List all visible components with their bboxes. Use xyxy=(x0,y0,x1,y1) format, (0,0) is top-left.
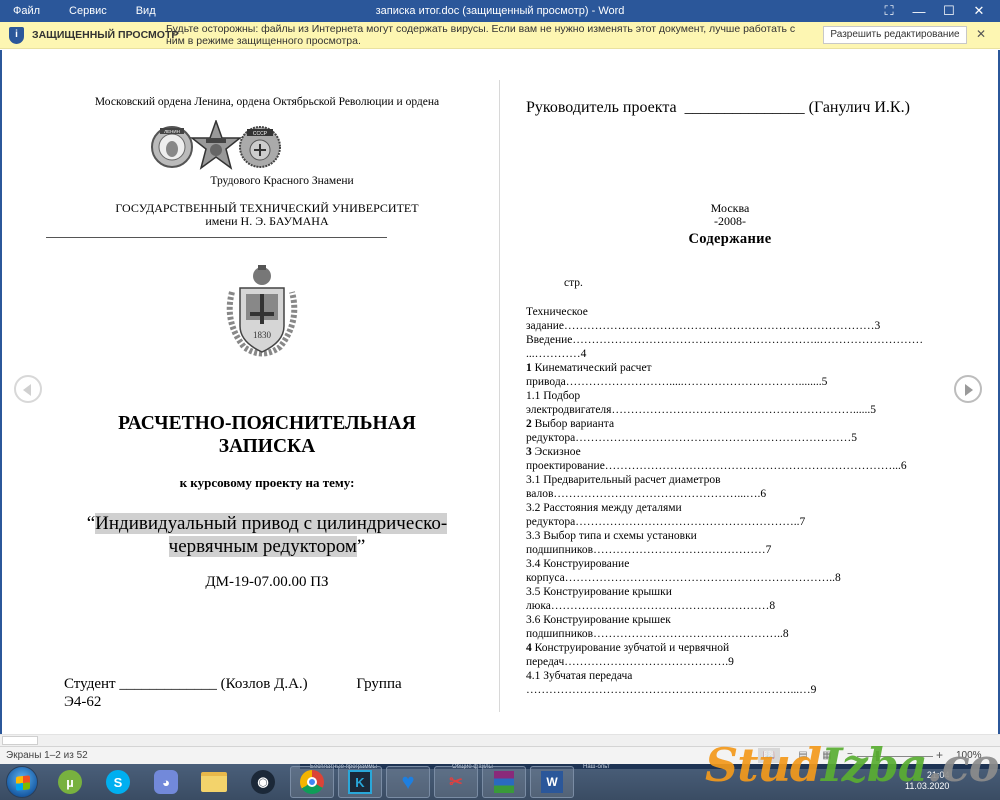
document-title-line2: ЗАПИСКА xyxy=(42,435,492,458)
previous-screen-button[interactable] xyxy=(14,375,42,403)
menu-bar: Файл Сервис Вид xyxy=(0,0,172,22)
steam-icon[interactable]: ◉ xyxy=(248,767,278,797)
toc-item: 3.3 Выбор типа и схемы установкиподшипни… xyxy=(526,529,946,557)
orders-emblem-icon: ЛЕНИН СССР xyxy=(150,120,282,174)
student-info: Студент _____________ (Козлов Д.А.) Груп… xyxy=(64,675,464,711)
close-icon[interactable]: ✕ xyxy=(976,27,986,41)
header-rule xyxy=(46,237,387,238)
winrar-icon[interactable] xyxy=(482,766,526,798)
toc-item: 4.1 Зубчатая передача…………………………………………………… xyxy=(526,669,946,697)
supervisor-line: Руководитель проекта _______________ (Га… xyxy=(526,99,910,117)
zoom-slider[interactable] xyxy=(857,756,933,757)
toc-item: 1.1 Подборэлектродвигателя……………………………………… xyxy=(526,389,946,417)
protected-view-label: ЗАЩИЩЕННЫЙ ПРОСМОТР xyxy=(32,29,178,41)
snipping-tool-icon[interactable]: ✂ xyxy=(434,766,478,798)
system-clock[interactable]: 21:04 11.03.2020 xyxy=(905,770,949,792)
taskbar: Бесплатные программы Общие файлы Наш-оль… xyxy=(0,764,1000,800)
zoom-in-button[interactable]: + xyxy=(936,748,943,762)
zoom-out-button[interactable]: − xyxy=(847,749,853,760)
toc-item: 1 Кинематический расчетпривода……………………….… xyxy=(526,361,946,389)
order-line: Трудового Красного Знамени xyxy=(42,175,492,187)
skype-icon[interactable]: S xyxy=(103,767,133,797)
menu-file[interactable]: Файл xyxy=(0,5,40,17)
university-name: ГОСУДАРСТВЕННЫЙ ТЕХНИЧЕСКИЙ УНИВЕРСИТЕТ … xyxy=(42,202,492,228)
status-bar: Экраны 1–2 из 52 📖 ▤ ▦ − + 100% xyxy=(0,746,1000,764)
heart-app-icon[interactable]: ♥ xyxy=(386,766,430,798)
document-code: ДМ-19-07.00.00 ПЗ xyxy=(42,574,492,591)
project-topic: “Индивидуальный привод с цилиндрическо- … xyxy=(42,512,492,558)
kaspersky-icon[interactable]: K xyxy=(338,766,382,798)
toc-item: 3.5 Конструирование крышкилюка…………………………… xyxy=(526,585,946,613)
fullscreen-icon[interactable]: ⛶ xyxy=(874,3,904,19)
utorrent-icon[interactable]: µ xyxy=(55,767,85,797)
web-layout-icon[interactable]: ▦ xyxy=(816,748,838,763)
chrome-icon[interactable] xyxy=(290,766,334,798)
discord-icon[interactable]: ◕ xyxy=(151,767,181,797)
document-title: РАСЧЕТНО-ПОЯСНИТЕЛЬНАЯ ЗАПИСКА xyxy=(42,412,492,458)
document-title-line1: РАСЧЕТНО-ПОЯСНИТЕЛЬНАЯ xyxy=(42,412,492,435)
toc-item: Техническоезадание…………………………………………………………… xyxy=(526,305,946,333)
student-line: Студент _____________ (Козлов Д.А.) Груп… xyxy=(64,675,464,693)
topic-line1: Индивидуальный привод с цилиндрическо- xyxy=(95,513,447,534)
document-area: Московский ордена Ленина, ордена Октябрь… xyxy=(0,50,1000,734)
close-icon[interactable]: ✕ xyxy=(964,3,994,19)
toc-item: 3.1 Предварительный расчет диаметроввало… xyxy=(526,473,946,501)
print-layout-icon[interactable]: ▤ xyxy=(792,748,814,763)
contents-heading: Содержание xyxy=(602,231,858,248)
toc-item: 3 Эскизноепроектирование…………………………………………… xyxy=(526,445,946,473)
university-crest-icon: 1830 xyxy=(224,262,300,362)
svg-text:ЛЕНИН: ЛЕНИН xyxy=(164,129,180,134)
start-button[interactable] xyxy=(6,766,38,798)
zoom-level[interactable]: 100% xyxy=(956,750,982,761)
toc-item: 3.6 Конструирование крышекподшипников………… xyxy=(526,613,946,641)
toc-item: 4 Конструирование зубчатой и червячнойпе… xyxy=(526,641,946,669)
menu-tools[interactable]: Сервис xyxy=(56,5,107,17)
file-explorer-icon[interactable] xyxy=(199,767,229,797)
page-column-label: стр. xyxy=(564,277,583,289)
toc-item: 3.4 Конструированиекорпуса……………………………………… xyxy=(526,557,946,585)
shield-icon: i xyxy=(9,27,24,44)
svg-text:СССР: СССР xyxy=(253,131,268,137)
toc-item: 3.2 Расстояния между деталямиредуктора……… xyxy=(526,501,946,529)
title-bar: Файл Сервис Вид записка итог.doc (защище… xyxy=(0,0,1000,22)
city-year: Москва -2008- xyxy=(602,202,858,228)
enable-editing-button[interactable]: Разрешить редактирование xyxy=(823,26,967,44)
window-controls: ⛶ — ☐ ✕ xyxy=(874,0,994,22)
institution-line: Московский ордена Ленина, ордена Октябрь… xyxy=(42,96,492,108)
student-group: Э4-62 xyxy=(64,693,464,711)
svg-text:1830: 1830 xyxy=(253,330,272,340)
menu-view[interactable]: Вид xyxy=(123,5,156,17)
topic-line2: червячным редуктором xyxy=(169,536,357,557)
university-named-after: имени Н. Э. БАУМАНА xyxy=(42,215,492,228)
horizontal-scrollbar[interactable] xyxy=(0,734,1000,746)
protected-view-message: Будьте осторожны: файлы из Интернета мог… xyxy=(166,23,806,47)
page-divider xyxy=(499,80,500,712)
minimize-icon[interactable]: — xyxy=(904,4,934,19)
document-subtitle: к курсовому проекту на тему: xyxy=(42,475,492,491)
maximize-icon[interactable]: ☐ xyxy=(934,3,964,19)
toc-item: Введение………………………………………………………..………………………… xyxy=(526,333,946,361)
screen-counter: Экраны 1–2 из 52 xyxy=(6,750,88,761)
zoom-slider-thumb[interactable] xyxy=(876,751,879,761)
toc-item: 2 Выбор вариантаредуктора………………………………………… xyxy=(526,417,946,445)
word-icon[interactable]: W xyxy=(530,766,574,798)
next-screen-button[interactable] xyxy=(954,375,982,403)
read-mode-icon[interactable]: 📖 xyxy=(758,748,780,763)
year: -2008- xyxy=(602,215,858,228)
scrollbar-thumb[interactable] xyxy=(2,736,38,745)
protected-view-bar: i ЗАЩИЩЕННЫЙ ПРОСМОТР Будьте осторожны: … xyxy=(0,22,1000,49)
table-of-contents: Техническоезадание…………………………………………………………… xyxy=(526,305,946,697)
